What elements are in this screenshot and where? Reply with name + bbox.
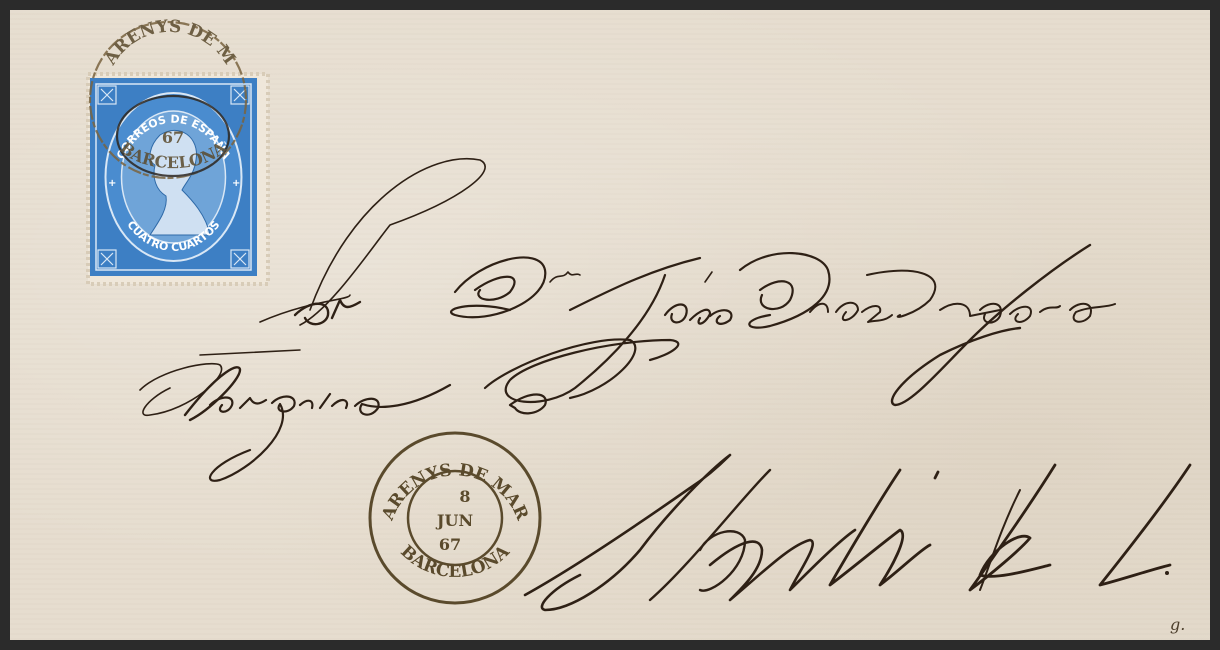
postmark-year: 67	[439, 535, 461, 554]
postmark-month: JUN	[435, 511, 473, 530]
handwritten-address	[140, 159, 1190, 610]
cancel-top-text: ARENYS DE M	[100, 17, 239, 70]
address-line-3: Madrid.	[570, 510, 634, 529]
svg-text:+: +	[232, 178, 240, 189]
cancel-middle-text: 67	[162, 128, 184, 147]
corner-mark: g.	[1170, 615, 1185, 634]
svg-text:+: +	[108, 178, 116, 189]
address-line-2: Vergeira ó	[140, 380, 224, 399]
date-postmark: ARENYS DE MAR BARCELONA 8 JUN 67	[370, 433, 540, 603]
postmark-day: 8	[459, 487, 470, 506]
address-line-1: Sor. D.n José Díaz Agero	[260, 280, 458, 299]
letter-paper: CORREOS DE ESPAÑA CUATRO CUARTOS + + ARE…	[10, 10, 1210, 640]
postage-stamp: CORREOS DE ESPAÑA CUATRO CUARTOS + +	[88, 74, 268, 284]
letter-artwork: CORREOS DE ESPAÑA CUATRO CUARTOS + + ARE…	[10, 10, 1210, 640]
